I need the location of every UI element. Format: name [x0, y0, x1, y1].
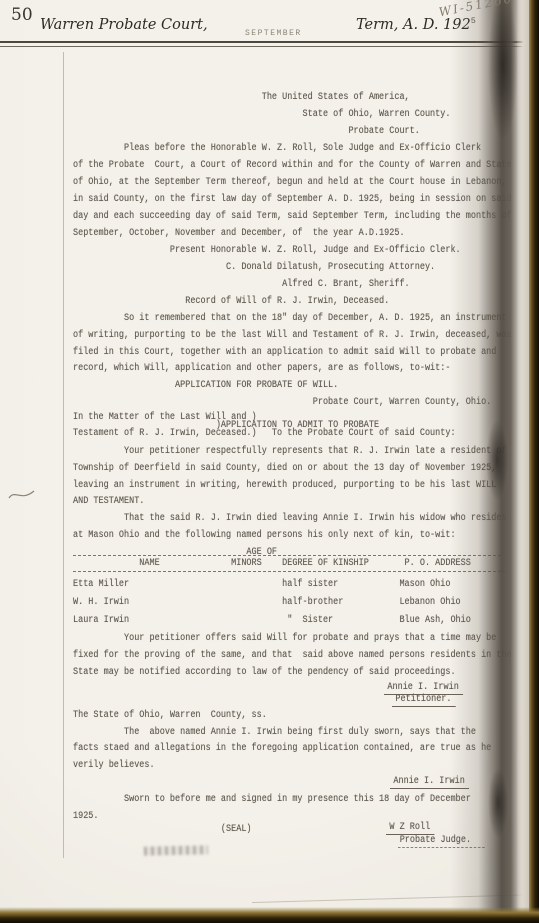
doc-line: Probate Court, Warren County, Ohio. [73, 398, 491, 408]
kin-table-rule-bottom [73, 571, 506, 572]
photo-border-bottom [0, 907, 539, 923]
ink-smudge [144, 845, 208, 855]
doc-line: (SEAL) [73, 825, 252, 835]
doc-line: State may be notified according to law o… [73, 668, 456, 678]
doc-line: Testament of R. J. Irwin, Deceased.) To … [73, 429, 456, 439]
doc-line: Petitioner. [392, 695, 456, 707]
doc-line: APPLICATION FOR PROBATE OF WILL. [73, 381, 338, 391]
doc-line: Etta Miller half sister Mason Ohio [73, 580, 450, 590]
doc-line: Alfred C. Brant, Sheriff. [73, 280, 410, 290]
doc-line: So it remembered that on the 18" day of … [73, 314, 507, 324]
doc-line: AGE OF [73, 548, 277, 558]
doc-line: C. Donald Dilatush, Prosecuting Attorney… [73, 263, 435, 273]
doc-line: Probate Court. [73, 127, 420, 137]
doc-line: leaving an instrument in writing, herewi… [73, 481, 496, 491]
gutter-dark-spot-top [488, 0, 518, 140]
doc-line: of the Probate Court, a Court of Record … [73, 161, 512, 171]
gutter-dark-spot-middle [486, 420, 508, 500]
doc-line: facts staed and allegations in the foreg… [73, 744, 491, 754]
doc-line: AND TESTAMENT. [73, 497, 144, 507]
photo-border-right [529, 0, 539, 923]
doc-line: record, which Will, application and othe… [73, 364, 450, 374]
scanned-document-photo: 50 Warren Probate Court, SEPTEMBER Term,… [0, 0, 539, 923]
doc-line: The United States of America, [73, 93, 410, 103]
doc-line: W Z Roll [386, 823, 434, 835]
gutter-dark-spot-bottom [488, 768, 508, 838]
doc-line: in said County, on the first law day of … [73, 195, 512, 205]
doc-line: Sworn to before me and signed in my pres… [73, 795, 471, 805]
doc-line: Record of Will of R. J. Irwin, Deceased. [73, 297, 389, 307]
doc-line: NAME MINORS DEGREE OF KINSHIP P. O. ADDR… [73, 559, 471, 569]
kin-table-rule-top [73, 555, 501, 556]
doc-line: 1925. [73, 812, 99, 822]
doc-line: filed in this Court, together with an ap… [73, 348, 496, 358]
doc-line: W. H. Irwin half-brother Lebanon Ohio [73, 598, 461, 608]
doc-line: Township of Deerfield in said County, di… [73, 464, 496, 474]
doc-line: Present Honorable W. Z. Roll, Judge and … [73, 246, 461, 256]
doc-line: at Mason Ohio and the following named pe… [73, 531, 456, 541]
doc-line: State of Ohio, Warren County. [73, 110, 450, 120]
doc-line: of writing, purporting to be the last Wi… [73, 331, 512, 341]
doc-line: The above named Annie I. Irwin being fir… [73, 728, 476, 738]
doc-line: The State of Ohio, Warren County, ss. [73, 711, 267, 721]
doc-line: Pleas before the Honorable W. Z. Roll, S… [73, 144, 481, 154]
doc-line: Laura Irwin " Sister Blue Ash, Ohio [73, 616, 471, 626]
doc-line: Your petitioner respectfully represents … [73, 447, 507, 457]
doc-line: Your petitioner offers said Will for pro… [73, 634, 496, 644]
doc-line: verily believes. [73, 761, 155, 771]
doc-line: That the said R. J. Irwin died leaving A… [73, 514, 507, 524]
handwritten-margin-squiggle [8, 486, 36, 504]
doc-line: of Ohio, at the September Term thereof, … [73, 178, 507, 188]
doc-line: September, October, November and Decembe… [73, 229, 405, 239]
doc-line: day and each succeeding day of said Term… [73, 212, 512, 222]
doc-line: fixed for the proving of the same, and t… [73, 651, 512, 661]
